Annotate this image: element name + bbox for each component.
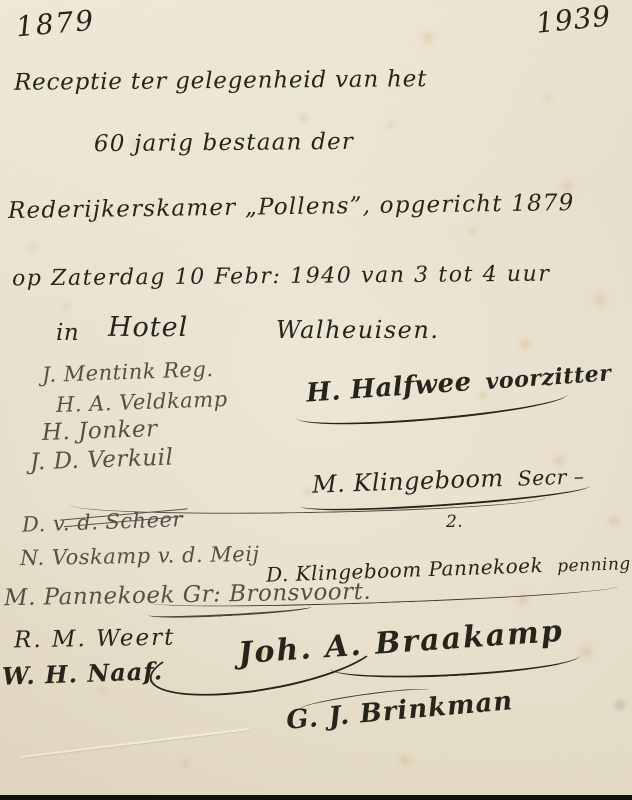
signature-naaf: W. H. Naaf. xyxy=(2,659,164,689)
line-receptie: Receptie ter gelegenheid van het xyxy=(14,68,427,95)
signature-klingeboom-role: Secr – xyxy=(517,464,585,490)
signature-mentink: J. Mentink Reg. xyxy=(42,359,214,386)
line-60-jarig: 60 jarig bestaan der xyxy=(94,131,354,156)
signature-jonker: H. Jonker xyxy=(42,418,158,445)
signature-klingeboom-pannekoek-penningmeester: D. Klingeboom Pannekoekpenningm. xyxy=(266,551,632,586)
signature-pannekoek-bronsvoort: M. Pannekoek Gr: Bronsvoort. xyxy=(4,581,372,610)
line-datum: op Zaterdag 10 Febr: 1940 van 3 tot 4 uu… xyxy=(12,264,551,291)
paper-crease xyxy=(21,728,250,758)
signature-klingeboom-pannekoek-role: penningm. xyxy=(557,553,632,576)
signature-voskamp: N. Voskamp v. d. Meij xyxy=(20,544,260,569)
signature-halfwee-voorzitter: H. Halfweevoorzitter xyxy=(305,359,612,406)
signature-klingeboom-pannekoek-name: D. Klingeboom Pannekoek xyxy=(266,553,544,587)
venue-hotel: Hotel xyxy=(108,314,188,341)
pen-mark: 2. xyxy=(446,514,463,531)
line-rederijkerskamer: Rederijkerskamer „Pollens”, opgericht 18… xyxy=(8,192,575,223)
scanned-page: 1879 1939 Receptie ter gelegenheid van h… xyxy=(0,0,632,800)
signature-klingeboom-secretaris: M. KlingeboomSecr – xyxy=(312,463,585,496)
signature-scheer: D. v. d. Scheer xyxy=(22,509,184,536)
venue-name: Walheuisen. xyxy=(276,318,439,342)
signature-weert: R. M. Weert xyxy=(14,627,176,653)
signature-veldkamp: H. A. Veldkamp xyxy=(56,389,228,416)
foxing-spots xyxy=(0,0,6,6)
signature-braakamp: Joh. A. Braakamp xyxy=(237,617,564,670)
year-founded: 1879 xyxy=(15,7,96,42)
year-jubilee: 1939 xyxy=(535,2,613,38)
scan-edge xyxy=(0,795,632,800)
venue-in: in xyxy=(56,322,79,345)
signature-verkuil: J. D. Verkuil xyxy=(30,447,174,475)
signature-brinkman: G. J. Brinkman xyxy=(285,688,514,734)
signature-halfwee-role: voorzitter xyxy=(485,360,613,395)
signature-klingeboom-name: M. Klingeboom xyxy=(312,464,505,499)
signature-halfwee-name: H. Halfwee xyxy=(305,367,472,408)
